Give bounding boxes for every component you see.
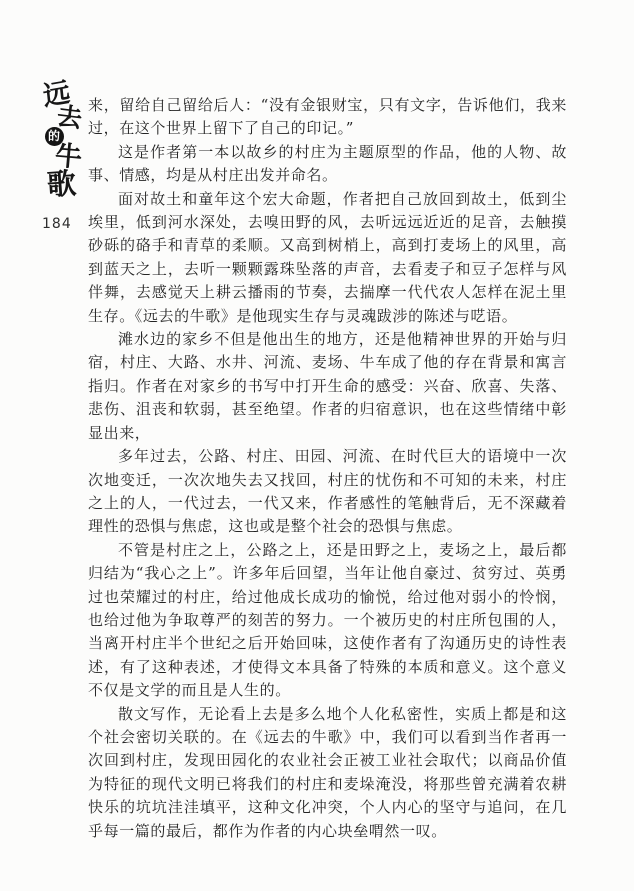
paragraph: 滩水边的家乡不但是他出生的地方，还是他精神世界的开始与归宿，村庄、大路、水井、河… <box>88 328 567 445</box>
paragraph: 多年过去，公路、村庄、田园、河流、在时代巨大的语境中一次次地变迁，一次次地失去又… <box>88 445 567 539</box>
paragraph: 这是作者第一本以故乡的村庄为主题原型的作品，他的人物、故事、情感，均是从村庄出发… <box>88 141 567 188</box>
page-number: 184 <box>42 216 72 232</box>
paragraph: 面对故土和童年这个宏大命题，作者把自己放回到故土，低到尘埃里，低到河水深处，去嗅… <box>88 188 567 328</box>
title-char-qu: 去 <box>56 103 84 131</box>
paragraph: 散文写作，无论看上去是多么地个人化私密性，实质上都是和这个社会密切关联的。在《远… <box>88 703 567 843</box>
body-text: 来，留给自己留给后人：“没有金银财宝，只有文字，告诉他们，我来过，在这个世界上留… <box>88 94 567 843</box>
margin-calligraphy-title: 远 去 的 牛 歌 <box>34 80 92 199</box>
paragraph: 不管是村庄之上，公路之上，还是田野之上，麦场之上，最后都归结为“我心之上”。许多… <box>88 539 567 703</box>
title-char-ge: 歌 <box>47 169 78 200</box>
book-page: 远 去 的 牛 歌 184 来，留给自己留给后人：“没有金银财宝，只有文字，告诉… <box>0 0 634 891</box>
paragraph-continuation: 来，留给自己留给后人：“没有金银财宝，只有文字，告诉他们，我来过，在这个世界上留… <box>88 94 567 141</box>
